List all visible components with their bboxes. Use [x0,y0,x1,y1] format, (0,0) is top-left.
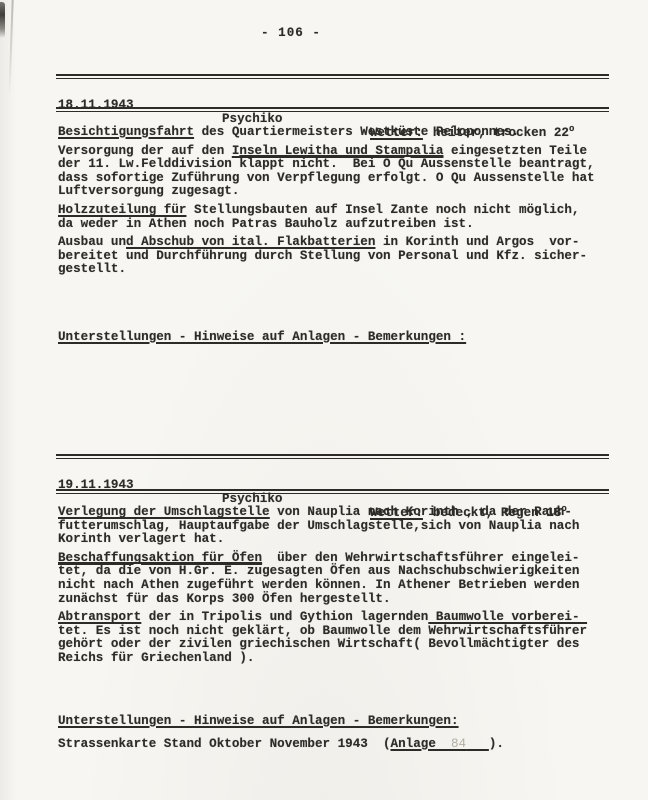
entry1-rule-top [56,74,609,79]
text-line: Besichtigungsfahrt des Quartiermeisters … [58,126,618,140]
paragraph: Ausbau und Abschub von ital. Flakbatteri… [58,236,618,277]
paragraph: Verlegung der Umschlagstelle von Nauplia… [58,506,618,547]
text-line: gehört oder der zivilen griechischen Wir… [58,638,618,652]
text-segment: vorberei- [504,610,580,624]
text-segment: senstelle beantragt, [443,157,594,171]
paragraph: Besichtigungsfahrt des Quartiermeisters … [58,126,618,140]
text-segment: der Umschlagstelle,sich von Nauplia nach [270,519,580,533]
text-segment: für Stellungsbauten auf Insel Zante noch… [156,203,579,217]
text-segment: Strassenkarte Stand Oktober November 194… [58,737,391,751]
text-line: nicht nach Athen zugeführt werden können… [58,579,618,593]
text-segment: noch Patras Bauholz aufzutreiben ist. [186,217,473,231]
text-segment: nicht nach Athen zugeführt werden können… [58,578,579,592]
text-segment: Baumwolle [436,610,504,624]
text-segment: Inseln Lewitha und Stampalia [232,144,444,158]
paragraph: Versorgung der auf den Inseln Lewitha un… [58,145,618,199]
entry2-body: Verlegung der Umschlagstelle von Nauplia… [58,506,618,671]
text-segment: in Korinth und Argos vor- [375,235,579,249]
text-line: Korinth verlagert hat. [58,533,618,547]
entry2-rule-top [56,454,609,459]
entry2-annex-heading: Unterstellungen - Hinweise auf Anlagen -… [58,714,459,728]
text-segment: Abtransport [58,610,141,624]
text-segment: über den Wehrwirtschaftsführer eingelei- [262,551,579,565]
entry2-location: Psychiko [222,492,282,506]
text-segment: Verlegung der Umschlagstelle [58,505,270,519]
text-line: futterumschlag, Hauptaufgabe der Umschla… [58,520,618,534]
text-segment: Beschaffungsaktion für Öfen [58,551,262,565]
text-segment: bereitet [58,249,126,263]
scan-edge-shadow [8,0,13,96]
text-segment: der 11. Lw.Felddivision [58,157,239,171]
entry1-body: Besichtigungsfahrt des Quartiermeisters … [58,126,618,282]
text-segment: Ausbau und [58,235,141,249]
paragraph: Abtransport der in Tripolis und Gythion … [58,611,618,665]
text-segment: Luftversorgung zugesagt. [58,184,239,198]
text-segment: da weder in Athen [58,217,186,231]
text-segment: tet. Es ist [58,624,141,638]
text-segment: Abschub von ital. Flakbatterien [141,235,375,249]
text-segment: noch nicht geklärt, ob Baumwolle dem [141,624,428,638]
page-number: - 106 - [241,26,341,40]
text-line: da weder in Athen noch Patras Bauholz au… [58,218,618,232]
text-line: dass sofortige Zuführung von Verpflegung… [58,172,618,186]
text-segment: klappt nicht. Bei O Qu Aus [239,157,443,171]
text-line: der 11. Lw.Felddivision klappt nicht. Be… [58,158,618,172]
text-line: tet. Es ist noch nicht geklärt, ob Baumw… [58,625,618,639]
paragraph: Beschaffungsaktion für Öfen über den Weh… [58,552,618,606]
text-segment [466,737,489,751]
text-segment: Holzzuteilung [58,203,156,217]
text-segment: Besichtigungsfahrt [58,125,194,139]
text-segment: 84 [451,737,466,751]
entry2-rule-bottom [56,489,609,494]
text-segment: Reichs für Griechenland ). [58,651,255,665]
annex-note: Strassenkarte Stand Oktober November 194… [58,737,504,751]
text-line: Luftversorgung zugesagt. [58,185,618,199]
text-segment: Versorgung der auf den [58,144,232,158]
text-segment: gesagten Öfen aus Nachschubschwierigkeit… [262,564,579,578]
text-segment: Wehrwirtschaftsführer [428,624,587,638]
text-segment: zunächst für das Korps 300 Öfen hergeste… [58,592,391,606]
text-segment: von Nauplia nach Korinth , da der Rauh- [270,505,572,519]
text-line: gestellt. [58,263,618,277]
entry2-header: 19.11.1943 Psychiko Wetter:bedeckt, Rege… [58,464,614,482]
text-line: Reichs für Griechenland ). [58,652,618,666]
text-segment: dass sofortige Zuführung von Verpflegung… [58,171,595,185]
entry1-header: 18.11.1943 Psychiko Wetter:heiter, trock… [58,84,614,102]
text-line: Verlegung der Umschlagstelle von Nauplia… [58,506,618,520]
scan-corner-mark [0,2,5,38]
text-segment: des Quartiermeisters Westküste Peloponne… [194,125,519,139]
text-line: Ausbau und Abschub von ital. Flakbatteri… [58,236,618,250]
text-segment: von Personal und Kfz. sicher- [360,249,587,263]
text-line: zunächst für das Korps 300 Öfen hergeste… [58,593,618,607]
text-segment: der in Tripolis und Gythion lagernden [141,610,436,624]
text-segment: und Durchführung durch Stellung [126,249,360,263]
text-segment: futterumschlag, Hauptaufgabe [58,519,270,533]
text-line: bereitet und Durchführung durch Stellung… [58,250,618,264]
text-line: Abtransport der in Tripolis und Gythion … [58,611,618,625]
entry1-location: Psychiko [222,112,282,126]
text-segment: ). [489,737,504,751]
text-segment: eingesetzten Teile [443,144,587,158]
text-segment: tet, da die von H.Gr. E. zu [58,564,262,578]
text-line: Holzzuteilung für Stellungsbauten auf In… [58,204,618,218]
entry1-annex-heading-text: Unterstellungen - Hinweise auf Anlagen -… [58,330,466,344]
war-diary-page: - 106 - 18.11.1943 Psychiko Wetter:heite… [0,0,648,800]
text-segment: Anlage [391,737,451,751]
text-segment: gestellt. [58,262,126,276]
text-line: tet, da die von H.Gr. E. zugesagten Öfen… [58,565,618,579]
entry1-rule-bottom [56,107,609,112]
entry2-annex-heading-text: Unterstellungen - Hinweise auf Anlagen -… [58,714,459,728]
text-segment: gehört oder der zivilen griechischen Wir… [58,637,579,651]
entry1-annex-heading: Unterstellungen - Hinweise auf Anlagen -… [58,330,466,344]
text-segment: Korinth verlagert hat. [58,532,224,546]
paragraph: Holzzuteilung für Stellungsbauten auf In… [58,204,618,231]
